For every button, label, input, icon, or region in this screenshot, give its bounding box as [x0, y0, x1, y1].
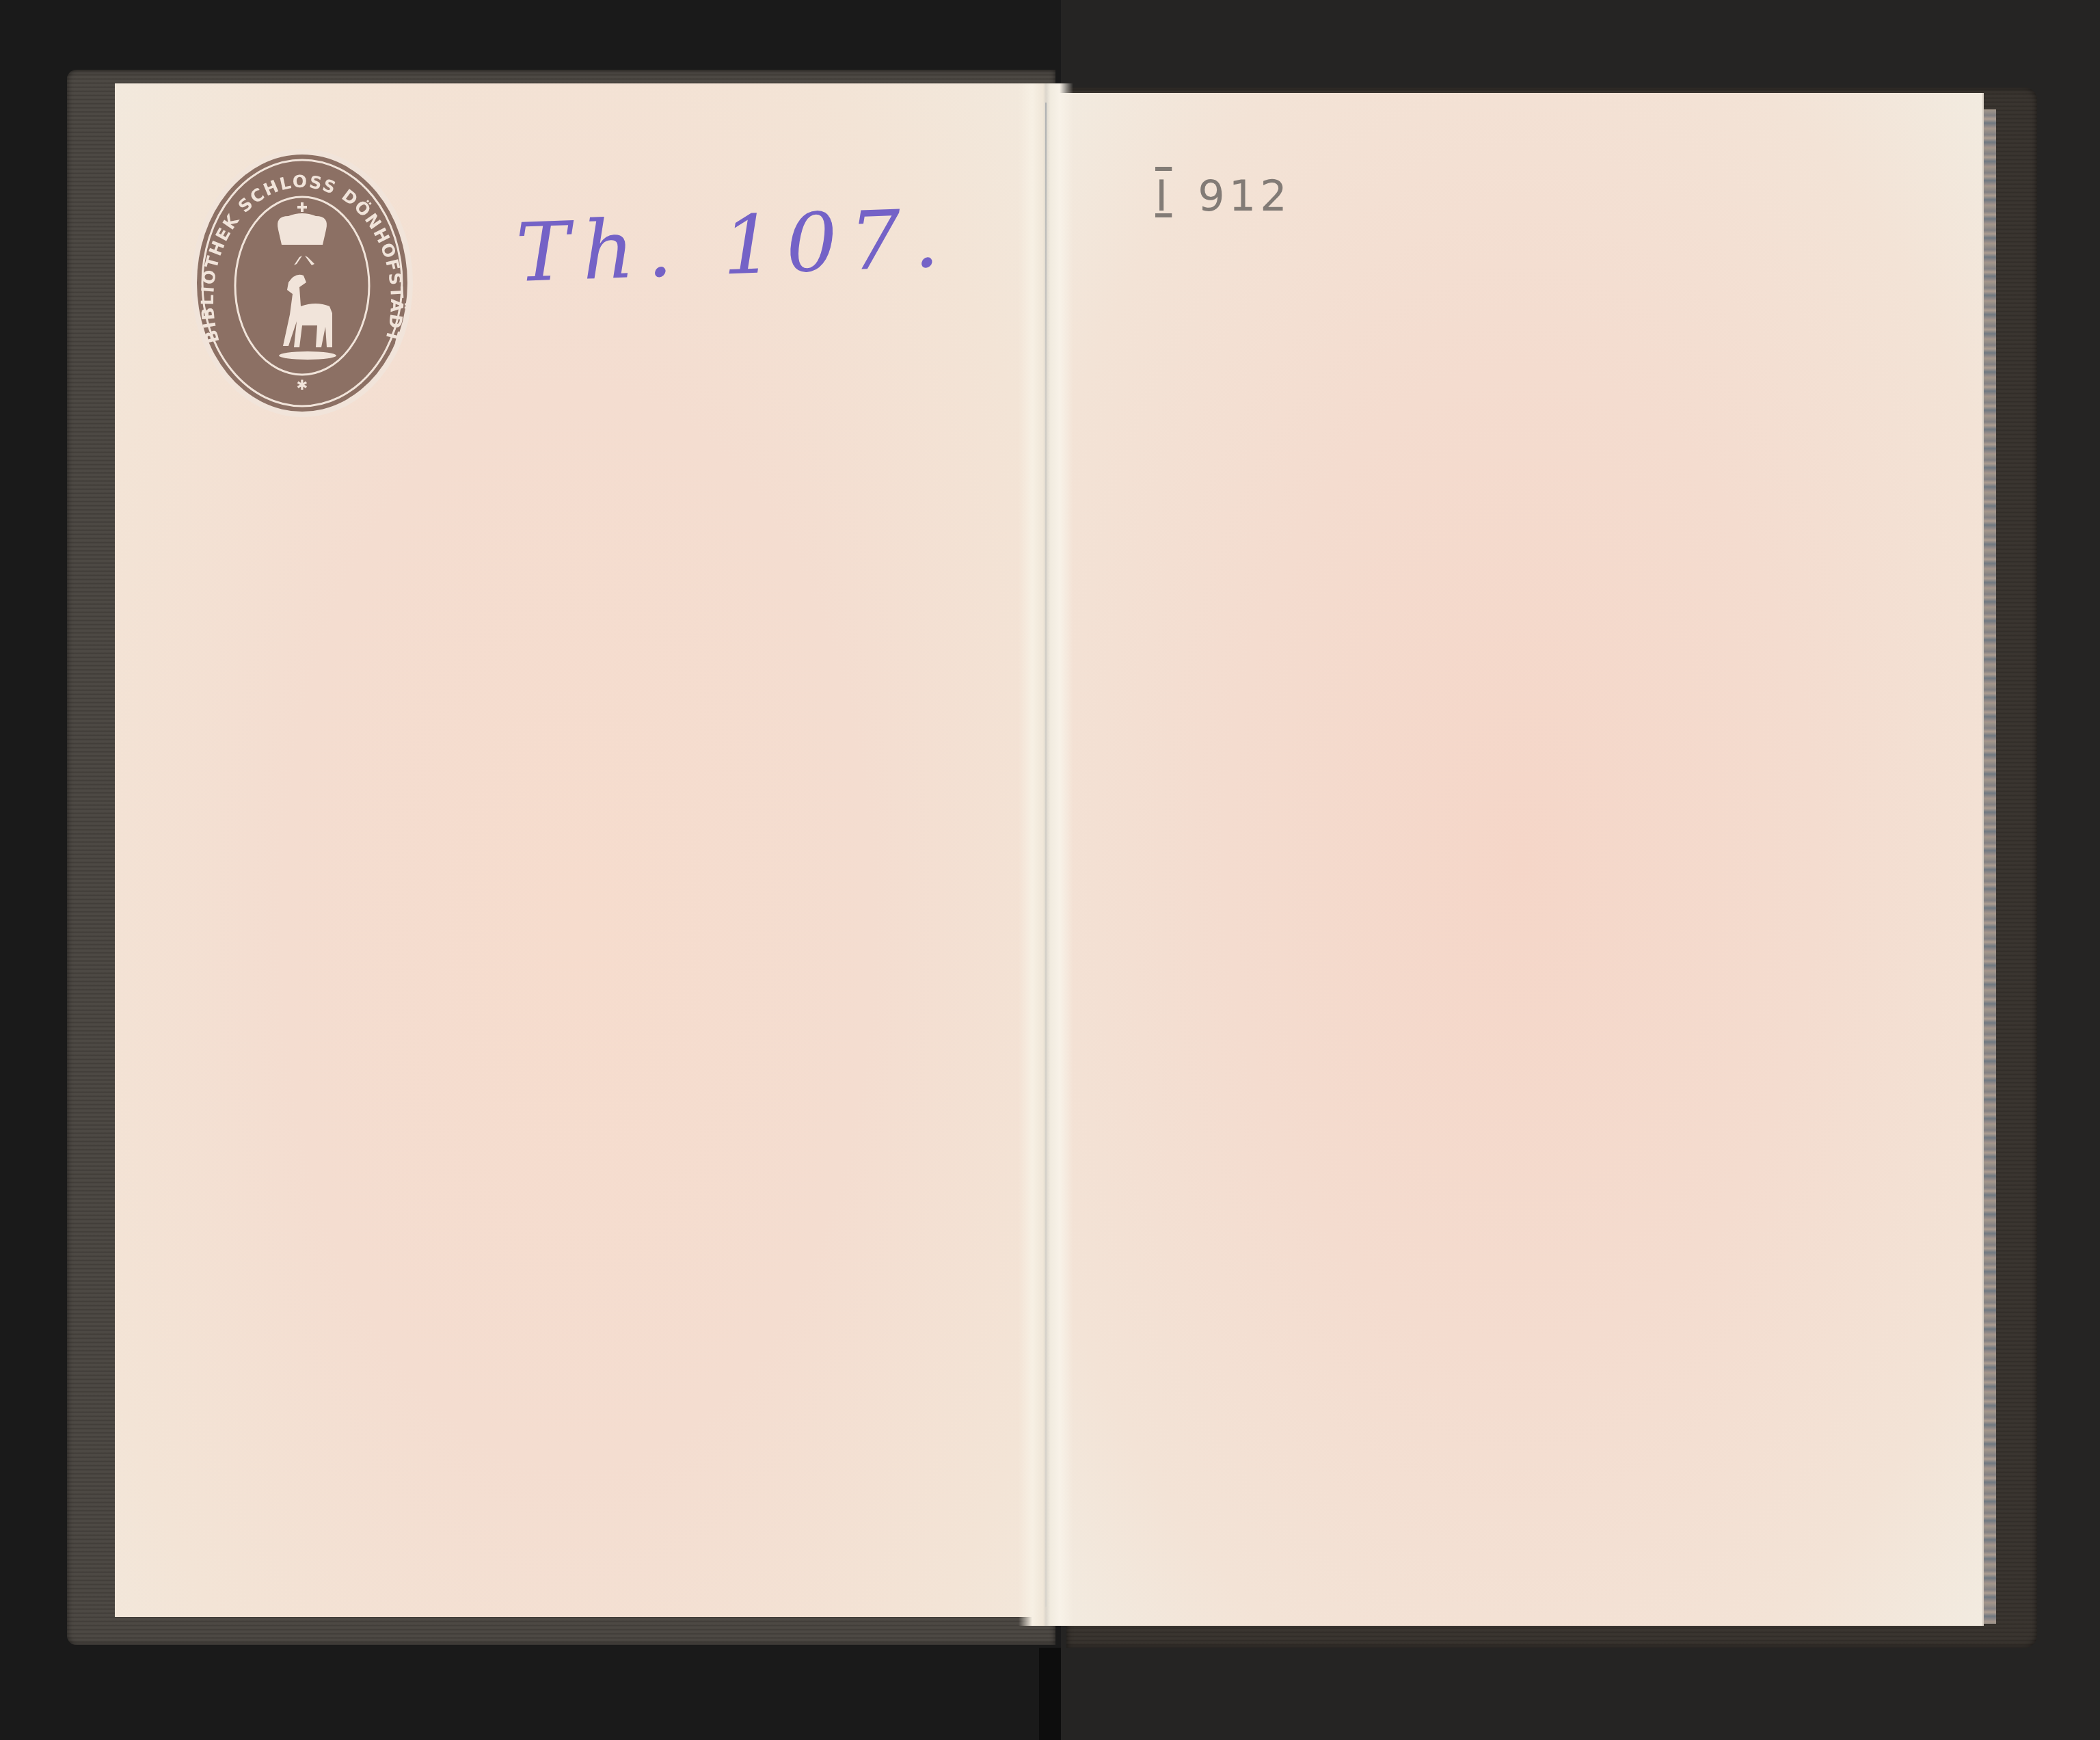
pencil-shelfmark: I912: [1155, 171, 1291, 221]
handwritten-shelfmark: Th. 107.: [515, 191, 953, 300]
gutter-crease: [1045, 103, 1047, 1607]
flyleaf-right-page: [1058, 93, 1984, 1626]
pencil-shelfmark-number: 912: [1198, 171, 1291, 221]
background-gap: [1039, 1648, 1061, 1740]
star-icon: ✱: [297, 377, 308, 393]
library-bookplate: BIBLIOTHEK SCHLOSS DÖNHOFSTÄDT ✱: [186, 142, 418, 424]
pencil-shelfmark-roman: I: [1155, 171, 1172, 221]
